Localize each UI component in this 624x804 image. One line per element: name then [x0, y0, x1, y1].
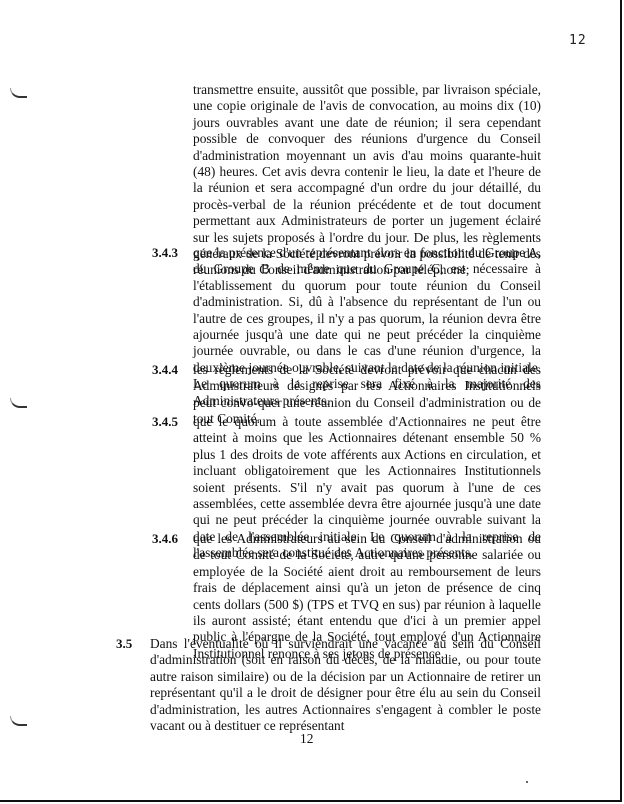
section-number: 3.4.6: [152, 531, 178, 547]
binding-hole-mark: [10, 716, 27, 726]
scan-speck: [526, 781, 528, 783]
section-number: 3.5: [116, 636, 132, 652]
section-text: Dans l'éventualité où il surviendrait un…: [150, 636, 541, 734]
binding-hole-mark: [10, 88, 27, 98]
section-number: 3.4.4: [152, 362, 178, 378]
binding-hole-mark: [10, 398, 27, 408]
page-number: 12: [300, 731, 313, 747]
document-page: 12 transmettre ensuite, aussitôt que pos…: [0, 0, 622, 802]
fax-page-number: 12: [569, 33, 587, 48]
section-number: 3.4.3: [152, 245, 178, 261]
section-number: 3.4.5: [152, 414, 178, 430]
